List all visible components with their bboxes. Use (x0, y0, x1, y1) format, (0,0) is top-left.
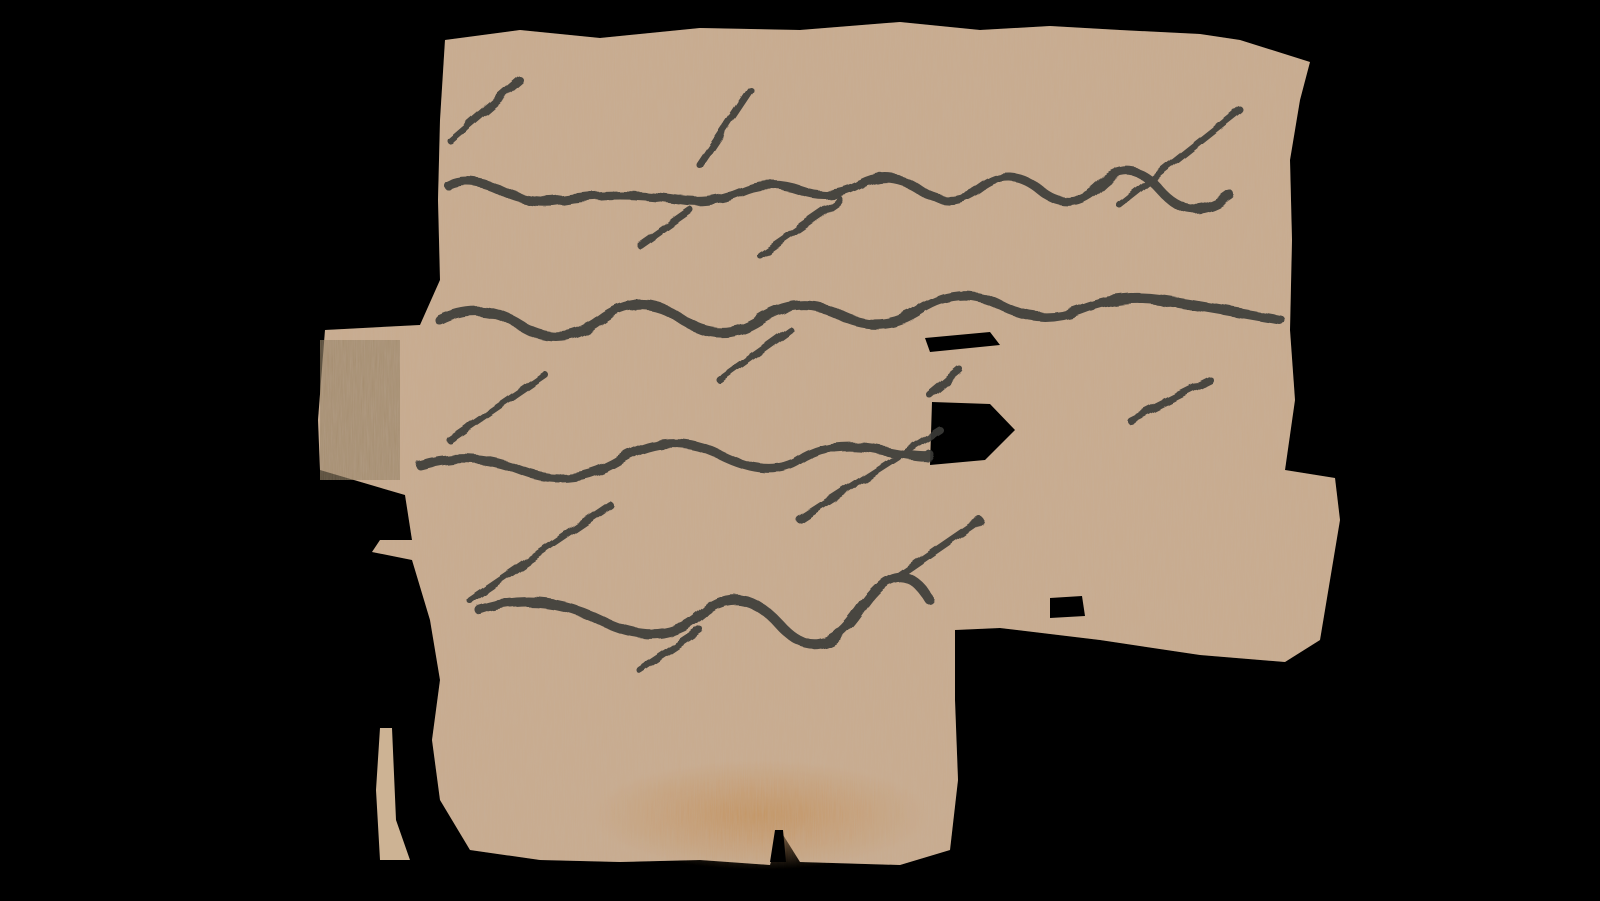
photo: Ancient papyrus fragment with cursive in… (0, 0, 1600, 901)
papyrus-fragment (0, 0, 1600, 901)
loose-fiber (376, 728, 410, 860)
